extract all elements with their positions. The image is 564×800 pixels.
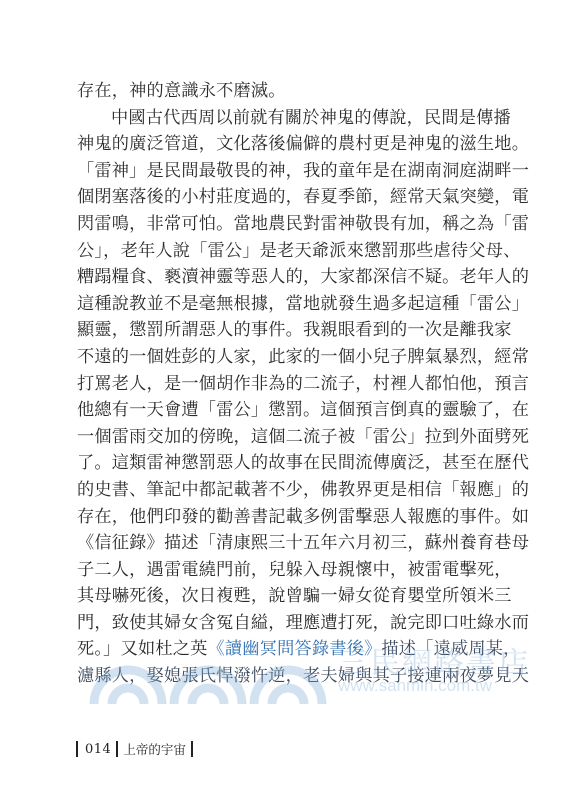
page-footer: 014 上帝的宇宙: [76, 740, 193, 758]
text-line: 打罵老人，是一個胡作非為的二流子，村裡人都怕他，預言: [77, 371, 489, 398]
text-line: 死。」又如杜之英《讀幽冥問答錄書後》描述「遠威周某，: [77, 636, 489, 663]
page-number: 014: [85, 742, 111, 757]
text-line: 子二人，遇雷電繞門前，兒躲入母親懷中，被雷電擊死，: [77, 557, 489, 584]
running-title: 上帝的宇宙: [123, 740, 186, 758]
text-line: 閃雷鳴，非常可怕。當地農民對雷神敬畏有加，稱之為「雷: [77, 211, 489, 238]
book-page: 存在，神的意識永不磨滅。 中國古代西周以前就有關於神鬼的傳說，民間是傳播 神鬼的…: [0, 0, 564, 800]
text-line: 「雷神」是民間最敬畏的神，我的童年是在湖南洞庭湖畔一: [77, 158, 489, 185]
text-line: 的史書、筆記中都記載著不少，佛教界更是相信「報應」的: [77, 477, 489, 504]
text-line: 了。這類雷神懲罰惡人的故事在民間流傳廣泛，甚至在歷代: [77, 450, 489, 477]
text-line: 其母嚇死後，次日複甦，說曾騙一婦女從育嬰堂所領米三: [77, 583, 489, 610]
text-line: 《信征錄》描述「清康熙三十五年六月初三，蘇州養育巷母: [77, 530, 489, 557]
text-line: 顯靈，懲罰所謂惡人的事件。我親眼看到的一次是離我家: [77, 317, 489, 344]
divider: [116, 741, 118, 757]
text-line: 門，致使其婦女含冤自縊，理應遭打死，說完即口吐綠水而: [77, 610, 489, 637]
text-line: 個閉塞落後的小村莊度過的，春夏季節，經常天氣突變，電: [77, 184, 489, 211]
divider: [191, 741, 193, 757]
text-fragment: 描述「遠威周某，: [381, 639, 520, 659]
book-title-reference: 《讀幽冥問答錄書後》: [208, 639, 382, 659]
text-line: 一個雷雨交加的傍晚，這個二流子被「雷公」拉到外面劈死: [77, 424, 489, 451]
divider: [76, 741, 78, 757]
text-line: 存在，他們印發的勸善書記載多例雷擊惡人報應的事件。如: [77, 504, 489, 531]
text-line: 神鬼的廣泛管道，文化落後偏僻的農村更是神鬼的滋生地。: [77, 131, 489, 158]
text-line: 存在，神的意識永不磨滅。: [77, 78, 489, 105]
text-line: 公」，老年人說「雷公」是老天爺派來懲罰那些虐待父母、: [77, 238, 489, 265]
text-line: 這種說教並不是毫無根據，當地就發生過多起這種「雷公」: [77, 291, 489, 318]
text-line: 不遠的一個姓彭的人家，此家的一個小兒子脾氣暴烈，經常: [77, 344, 489, 371]
body-text: 存在，神的意識永不磨滅。 中國古代西周以前就有關於神鬼的傳說，民間是傳播 神鬼的…: [77, 78, 489, 690]
text-line: 他總有一天會遭「雷公」懲罰。這個預言倒真的靈驗了，在: [77, 397, 489, 424]
paragraph-start-line: 中國古代西周以前就有關於神鬼的傳說，民間是傳播: [77, 105, 489, 132]
text-line: 濾縣人，娶媳張氏悍潑忤逆，老夫婦與其子接連兩夜夢見天: [77, 663, 489, 690]
text-line: 糟蹋糧食、褻瀆神靈等惡人的，大家都深信不疑。老年人的: [77, 264, 489, 291]
text-fragment: 死。」又如杜之英: [77, 639, 208, 659]
